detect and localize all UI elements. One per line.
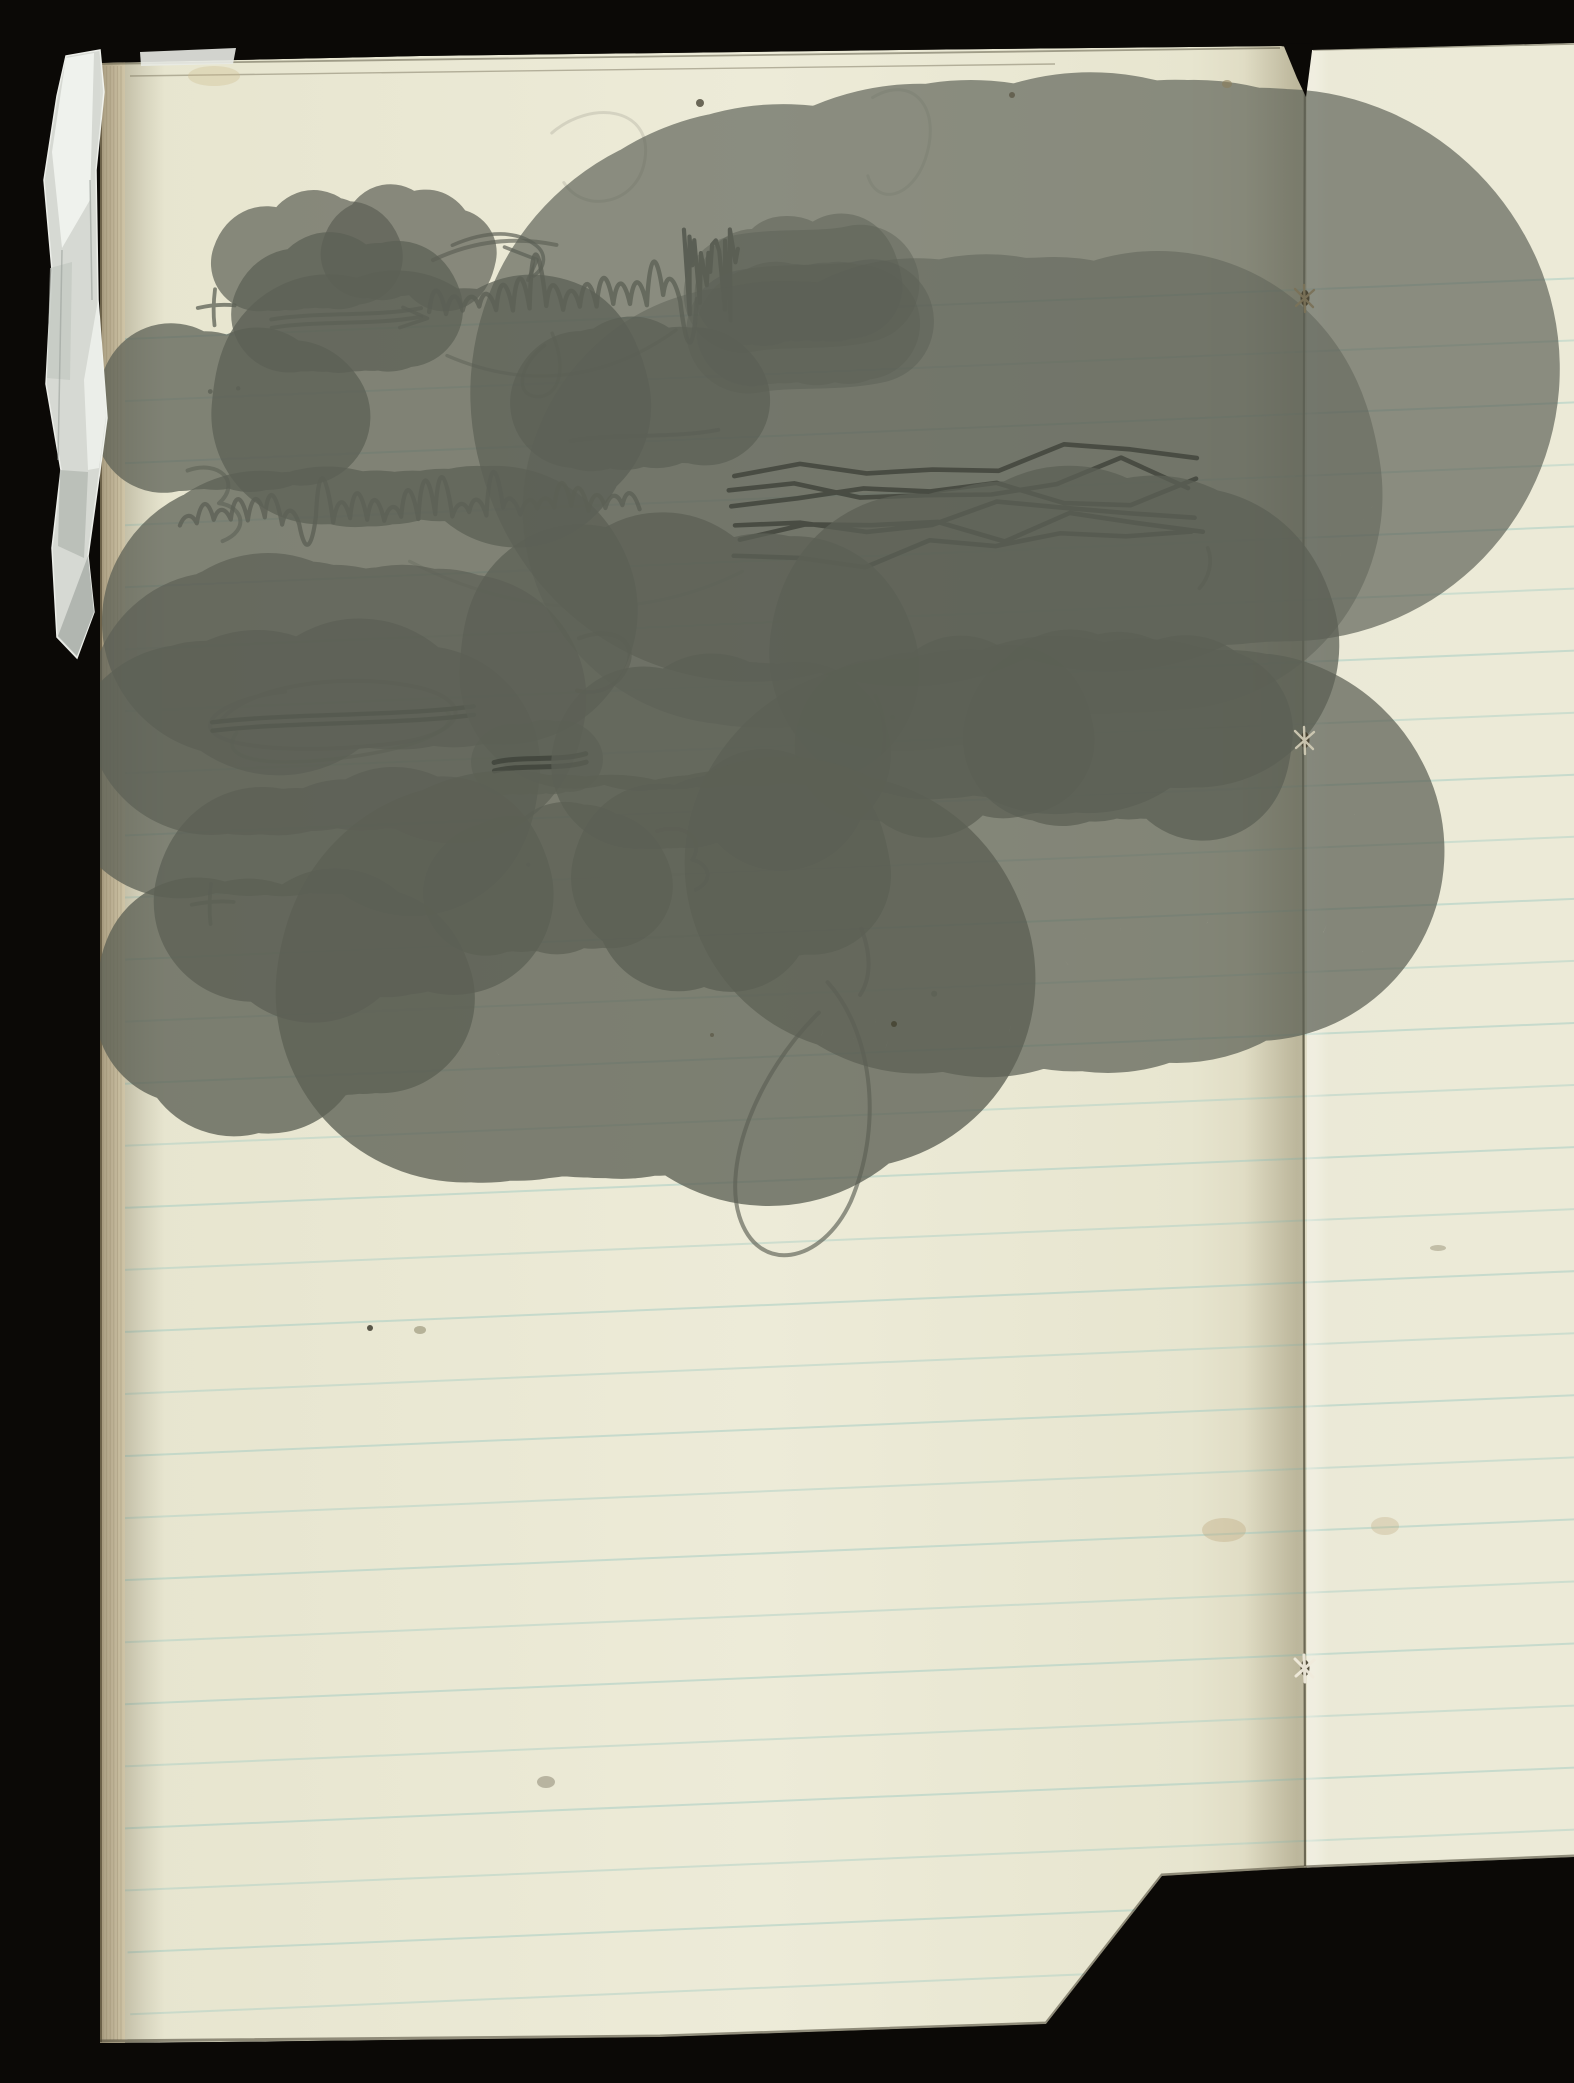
paper-speck (1430, 1245, 1446, 1251)
paper-speck (537, 1776, 555, 1788)
paper-speck (1222, 80, 1232, 88)
paper-speck (188, 66, 240, 86)
paper-speck (1371, 1517, 1399, 1535)
paper-speck (414, 1326, 426, 1334)
paper-speck (710, 1033, 714, 1037)
paper-speck (696, 99, 704, 107)
notebook-scene (0, 0, 1574, 2083)
word-beibringt (464, 944, 847, 1028)
tissue-shadow-facet (58, 470, 88, 558)
paper-speck (891, 1021, 897, 1027)
paper-speck (1009, 92, 1015, 98)
notebook-photo (0, 0, 1574, 2083)
paper-speck (1202, 1518, 1246, 1542)
paper-speck (367, 1325, 373, 1331)
